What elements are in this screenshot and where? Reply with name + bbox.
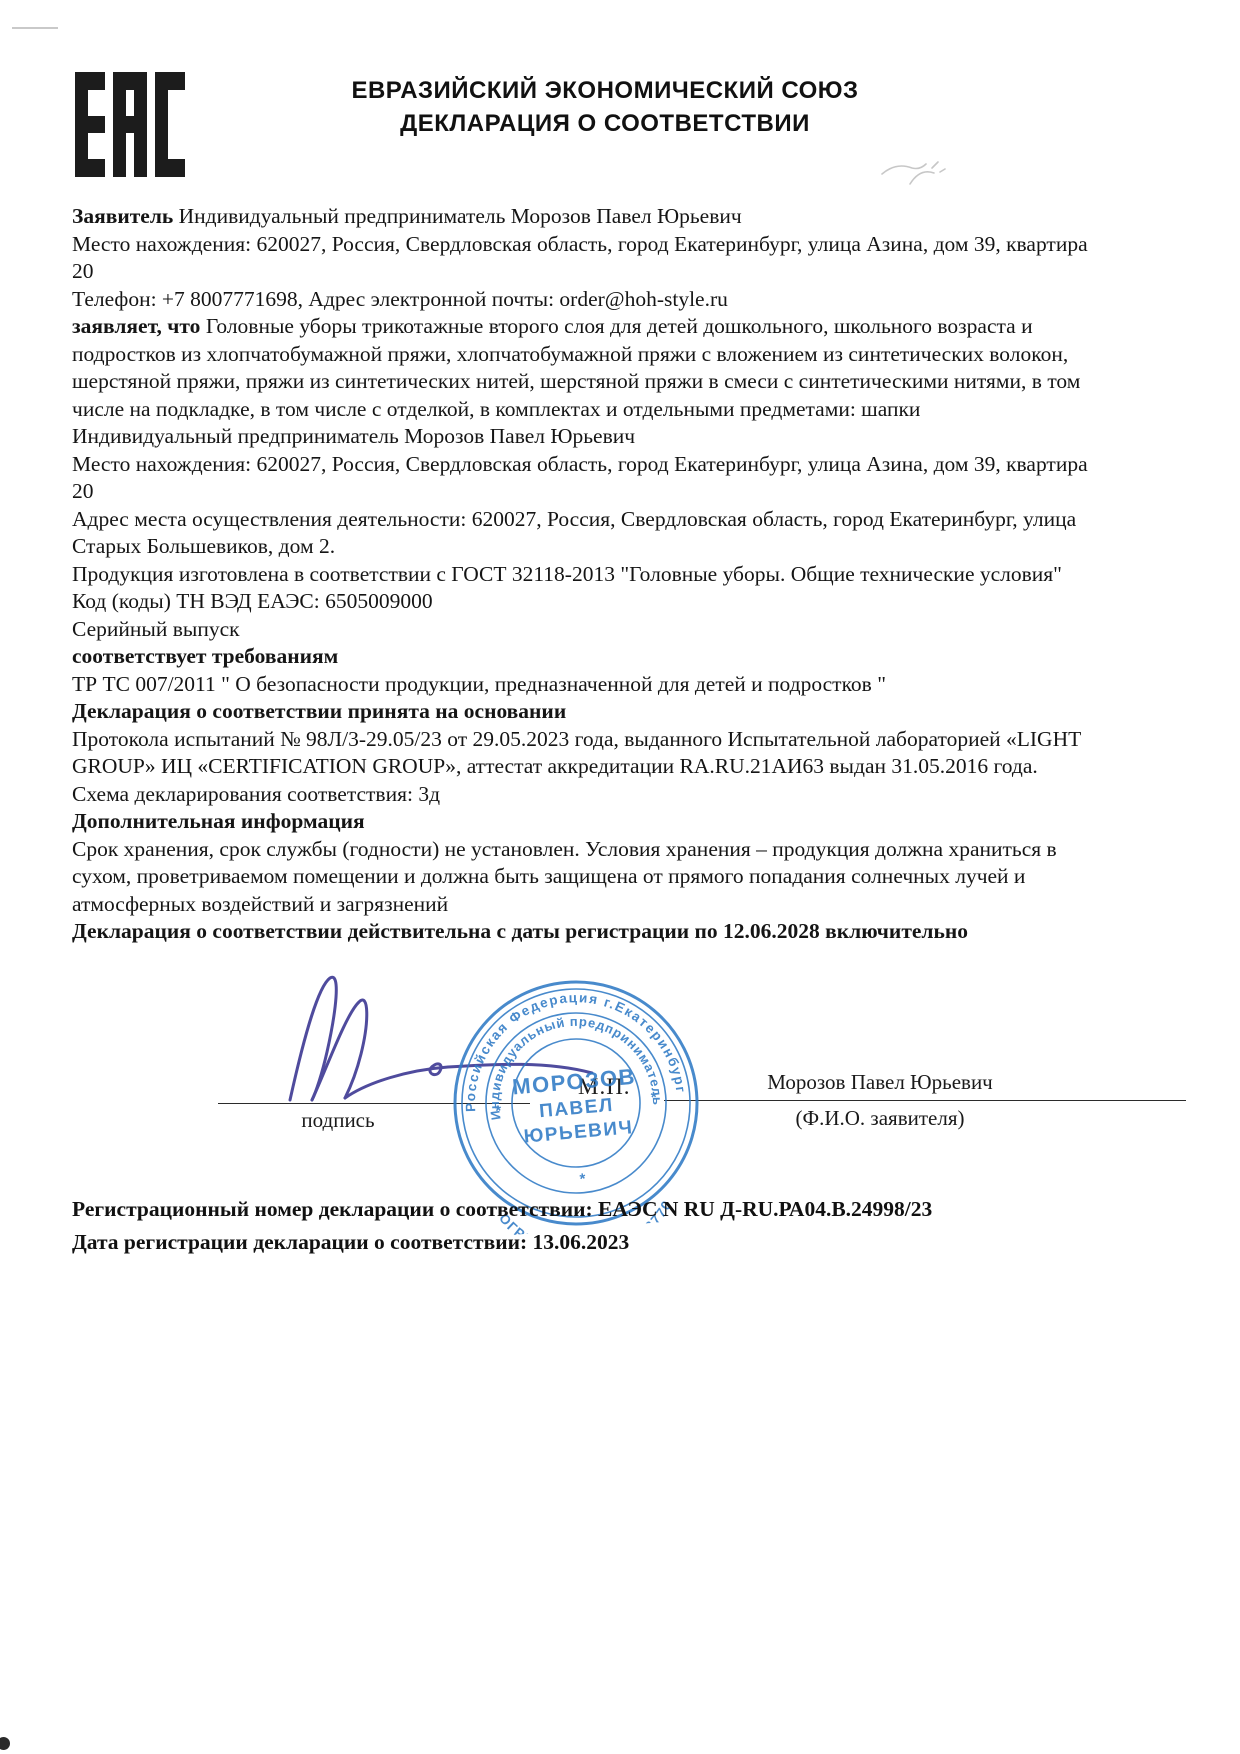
body-line: атмосферных воздействий и загрязнений	[72, 891, 1192, 919]
body-line: числе на подкладке, в том числе с отделк…	[72, 396, 1192, 424]
body-line: Старых Большевиков, дом 2.	[72, 533, 1192, 561]
body-line: соответствует требованиям	[72, 643, 1192, 671]
body-line: шерстяной пряжи, пряжи из синтетических …	[72, 368, 1192, 396]
applicant-caption: (Ф.И.О. заявителя)	[655, 1106, 1105, 1131]
title-line-union: ЕВРАЗИЙСКИЙ ЭКОНОМИЧЕСКИЙ СОЮЗ	[155, 74, 1055, 107]
document-title: ЕВРАЗИЙСКИЙ ЭКОНОМИЧЕСКИЙ СОЮЗ ДЕКЛАРАЦИ…	[155, 74, 1055, 140]
body-line: GROUP» ИЦ «CERTIFICATION GROUP», аттеста…	[72, 753, 1192, 781]
body-line: Декларация о соответствии принята на осн…	[72, 698, 1192, 726]
body-line: Продукция изготовлена в соответствии с Г…	[72, 561, 1192, 589]
pencil-smudge	[870, 138, 965, 198]
body-line-lead: заявляет, что	[72, 314, 200, 338]
scan-artifact-dash	[12, 27, 58, 29]
body-line: Заявитель Индивидуальный предприниматель…	[72, 203, 1192, 231]
body-line: Адрес места осуществления деятельности: …	[72, 506, 1192, 534]
body-line: 20	[72, 478, 1192, 506]
scan-artifact-blot	[0, 1737, 10, 1750]
applicant-line	[664, 1100, 1186, 1101]
body-line: Серийный выпуск	[72, 616, 1192, 644]
body-line: Схема декларирования соответствия: 3д	[72, 781, 1192, 809]
body-line: Декларация о соответствии действительна …	[72, 918, 1192, 946]
body-line: 20	[72, 258, 1192, 286]
body-line: Индивидуальный предприниматель Морозов П…	[72, 423, 1192, 451]
body-line: Место нахождения: 620027, Россия, Свердл…	[72, 231, 1192, 259]
declaration-document: ЕВРАЗИЙСКИЙ ЭКОНОМИЧЕСКИЙ СОЮЗ ДЕКЛАРАЦИ…	[0, 0, 1240, 1754]
body-line-lead: Заявитель	[72, 204, 173, 228]
stamp-center-firstname: ПАВЕЛ	[538, 1095, 614, 1122]
signature-label: подпись	[218, 1108, 458, 1133]
body-text: Заявитель Индивидуальный предприниматель…	[72, 203, 1192, 946]
body-line: Телефон: +7 8007771698, Адрес электронно…	[72, 286, 1192, 314]
body-line: заявляет, что Головные уборы трикотажные…	[72, 313, 1192, 341]
body-line: Протокола испытаний № 98Л/3-29.05/23 от …	[72, 726, 1192, 754]
body-line: подростков из хлопчатобумажной пряжи, хл…	[72, 341, 1192, 369]
stamp-asterisk-bottom: *	[579, 1170, 586, 1187]
body-line: Срок хранения, срок службы (годности) не…	[72, 836, 1192, 864]
body-line: ТР ТС 007/2011 " О безопасности продукци…	[72, 671, 1192, 699]
body-line: Код (коды) ТН ВЭД ЕАЭС: 6505009000	[72, 588, 1192, 616]
registration-date-line: Дата регистрации декларации о соответств…	[72, 1230, 1192, 1255]
applicant-name: Морозов Павел Юрьевич	[655, 1070, 1105, 1095]
registration-number-line: Регистрационный номер декларации о соотв…	[72, 1197, 1192, 1222]
title-line-declaration: ДЕКЛАРАЦИЯ О СООТВЕТСТВИИ	[155, 107, 1055, 140]
body-line: Дополнительная информация	[72, 808, 1192, 836]
stamp-center-surname: МОРОЗОВ	[511, 1064, 637, 1100]
body-line: сухом, проветриваемом помещении и должна…	[72, 863, 1192, 891]
body-line: Место нахождения: 620027, Россия, Свердл…	[72, 451, 1192, 479]
